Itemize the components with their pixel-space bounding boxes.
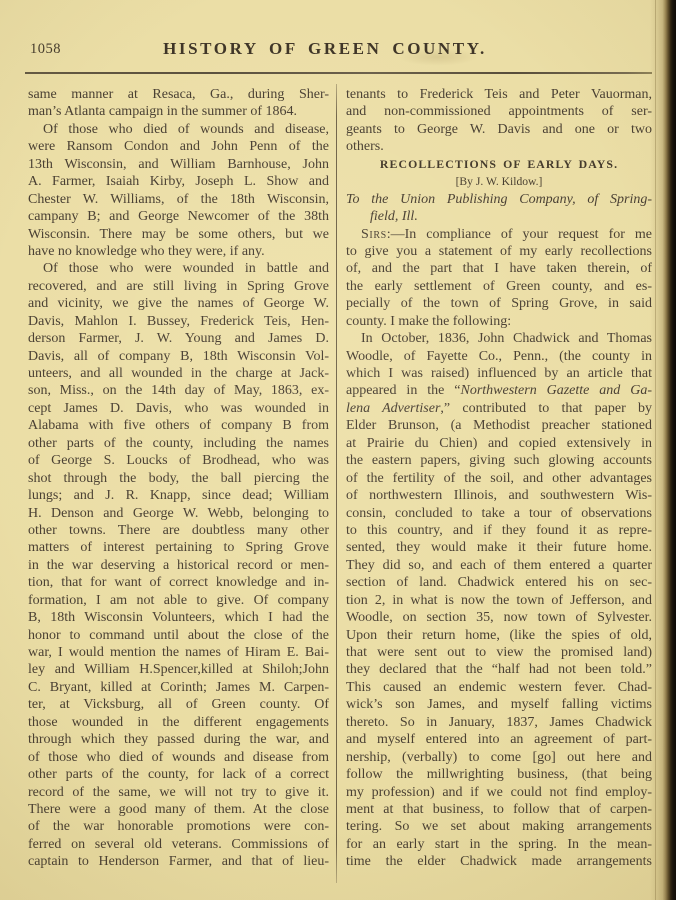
text-line: This caused an endemic western fever. Ch… — [346, 679, 652, 696]
text-line: ferred on several old veterans. Commissi… — [28, 836, 329, 853]
right-column: tenants to Frederick Teis and Peter Vauo… — [346, 86, 652, 871]
text-line: of, and the part that I have taken there… — [346, 260, 652, 277]
text-line: tering. So we set about making arrangeme… — [346, 818, 652, 835]
text-line: matters of interest pertaining to Spring… — [28, 539, 329, 556]
text-line: ment at that business, to follow that of… — [346, 801, 652, 818]
text-line: thereto. So in January, 1837, James Chad… — [346, 714, 652, 731]
text-line: to give you a statement of my early reco… — [346, 243, 652, 260]
text-line: the eastern papers, giving such glowing … — [346, 452, 652, 469]
text-line: tion 2, in what is now the town of Jeffe… — [346, 592, 652, 609]
text-line: appeared in the “Northwestern Gazette an… — [346, 382, 652, 399]
text-line: have no knowledge who they were, if any. — [28, 243, 329, 260]
salutation-line: To the Union Publishing Company, of Spri… — [346, 191, 652, 208]
text-line: Elder Brunson, (a Methodist preacher sta… — [346, 417, 652, 434]
text-line: war, I would mention the names of Hiram … — [28, 644, 329, 661]
text-line: other parts of the county, for lack of a… — [28, 766, 329, 783]
text-line: wick’s son James, and myself falling vic… — [346, 696, 652, 713]
text-line: Alabama with five others of company B fr… — [28, 417, 329, 434]
text-line: pecially of the town of Spring Grove, in… — [346, 295, 652, 312]
text-line: time the elder Chadwick made arrangement… — [346, 853, 652, 870]
text-line: lungs; and J. R. Knapp, since dead; Will… — [28, 487, 329, 504]
section-heading: RECOLLECTIONS OF EARLY DAYS. — [346, 156, 652, 173]
text-line: county. I make the following: — [346, 313, 652, 330]
text-line: in the war deserving a historical record… — [28, 557, 329, 574]
text-line: and non-commissioned appointments of ser… — [346, 103, 652, 120]
text-line: A. Farmer, Isaiah Kirby, Joseph L. Show … — [28, 173, 329, 190]
text-line: of northwestern Illinois, and southweste… — [346, 487, 652, 504]
section-byline: [By J. W. Kildow.] — [346, 173, 652, 190]
text-line: Davis, all of company B, 18th Wisconsin … — [28, 348, 329, 365]
text-line: Woodle, on section 35, now town of Sylve… — [346, 609, 652, 626]
text-line: sented, they would make it their future … — [346, 539, 652, 556]
text-line: through which they passed during the war… — [28, 731, 329, 748]
text-line: of the war honorable promotions were con… — [28, 818, 329, 835]
text-line: other towns. There are doubtless many ot… — [28, 522, 329, 539]
text-line: shot through the body, the ball piercing… — [28, 470, 329, 487]
salutation-line: field, Ill. — [346, 208, 652, 225]
page-edge-line — [665, 0, 666, 900]
text-line: tion, that for want of correct knowledge… — [28, 574, 329, 591]
text-line: Davis, Mahlon I. Bussey, Frederick Teis,… — [28, 313, 329, 330]
text-line: Of those who were wounded in battle and — [28, 260, 329, 277]
text-line: follow the millwrighting business, (that… — [346, 766, 652, 783]
text-line: 13th Wisconsin, and William Barnhouse, J… — [28, 156, 329, 173]
text-line: honor to command until about the close o… — [28, 627, 329, 644]
text-line: of the fertility of the soil, and other … — [346, 470, 652, 487]
column-divider — [336, 84, 337, 883]
text-line: others. — [346, 138, 652, 155]
text-line: Of those who died of wounds and disease, — [28, 121, 329, 138]
text-line: same manner at Resaca, Ga., during Sher- — [28, 86, 329, 103]
text-line: of George S. Loucks of Brodhead, who was — [28, 452, 329, 469]
text-line: my profession) and if we could not find … — [346, 784, 652, 801]
text-line: record of the same, we will not try to g… — [28, 784, 329, 801]
text-line: Sirs:—In compliance of your request for … — [346, 226, 652, 243]
text-line: section of land. Chadwick entered his on… — [346, 574, 652, 591]
text-line: tenants to Frederick Teis and Peter Vauo… — [346, 86, 652, 103]
text-line: H. Denson and George W. Webb, belonging … — [28, 505, 329, 522]
text-line: that were sent out to view the promised … — [346, 644, 652, 661]
left-column: same manner at Resaca, Ga., during Sher-… — [28, 86, 329, 871]
text-line: the early settlement of Green county, an… — [346, 278, 652, 295]
text-line: geants to George W. Davis and one or two — [346, 121, 652, 138]
text-line: of those who died of wounds and disease … — [28, 749, 329, 766]
text-line: were Ransom Condon and John Penn of the — [28, 138, 329, 155]
text-line: those wounded in the different engagemen… — [28, 714, 329, 731]
text-line: and myself entered into an agreement of … — [346, 731, 652, 748]
header-rule — [25, 72, 652, 74]
text-line: They did so, and each of them entered a … — [346, 557, 652, 574]
text-line: nership, (verbally) to come [go] out her… — [346, 749, 652, 766]
text-line: Upon their return home, (like the spies … — [346, 627, 652, 644]
page-edge-line — [655, 0, 656, 900]
text-line: which I was raised) influenced by an art… — [346, 365, 652, 382]
text-line: B, 18th Wisconsin Volunteers, which I ha… — [28, 609, 329, 626]
text-line: formation, I am not able to give. Of com… — [28, 592, 329, 609]
text-line: recovered, and are still living in Sprin… — [28, 278, 329, 295]
text-line: cept James D. Davis, who was wounded in — [28, 400, 329, 417]
text-line: There were a good many of them. At the c… — [28, 801, 329, 818]
text-line: other parts of the county, including the… — [28, 435, 329, 452]
text-line: consin, concluded to take a tour of obse… — [346, 505, 652, 522]
page-title: HISTORY OF GREEN COUNTY. — [0, 39, 650, 59]
text-line: ter, at Vicksburg, all of Green county. … — [28, 696, 329, 713]
text-line: for an early start in the spring. In the… — [346, 836, 652, 853]
text-line: and vicinity, we give the names of Georg… — [28, 295, 329, 312]
book-edge-shadow — [650, 0, 676, 900]
text-line: lena Advertiser,” contributed to that pa… — [346, 400, 652, 417]
text-line: Woodle, of Fayette Co., Penn., (the coun… — [346, 348, 652, 365]
text-line: unteers, and all wounded in the charge a… — [28, 365, 329, 382]
text-line: Chester W. Williams, of the 18th Wiscons… — [28, 191, 329, 208]
text-line: campany B; and George Newcomer of the 38… — [28, 208, 329, 225]
text-line: In October, 1836, John Chadwick and Thom… — [346, 330, 652, 347]
text-line: at Prairie du Chien) and copied extensiv… — [346, 435, 652, 452]
text-line: son, Miss., on the 14th day of May, 1863… — [28, 382, 329, 399]
text-line: derson Farmer, J. W. Young and James D. — [28, 330, 329, 347]
text-line: C. Bryant, killed at Corinth; James M. C… — [28, 679, 329, 696]
text-line: they declared that the “half had not bee… — [346, 661, 652, 678]
book-page: 1058 HISTORY OF GREEN COUNTY. same manne… — [0, 0, 676, 900]
text-line: to this country, and if they found it as… — [346, 522, 652, 539]
text-line: Wisconsin. There may be some others, but… — [28, 226, 329, 243]
text-line: captain to Henderson Farmer, and that of… — [28, 853, 329, 870]
text-line: ley and William H.Spencer,killed at Shil… — [28, 661, 329, 678]
text-line: man’s Atlanta campaign in the summer of … — [28, 103, 329, 120]
